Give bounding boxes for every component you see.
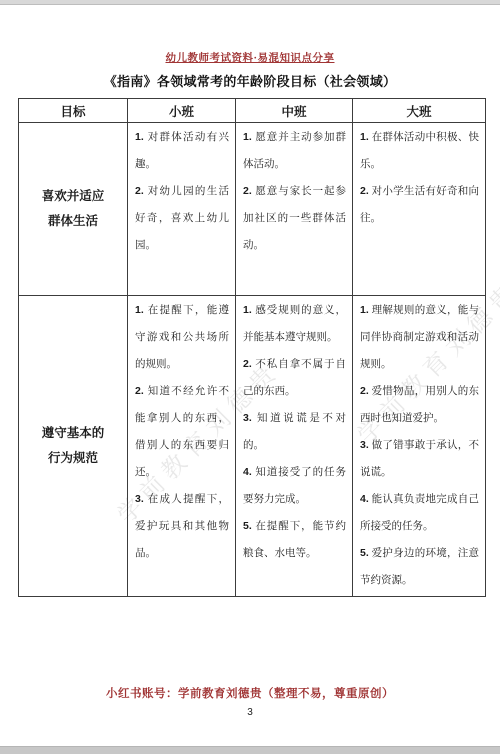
goal-cell: 遵守基本的行为规范 xyxy=(19,296,128,597)
page-number: 3 xyxy=(0,707,500,718)
table-header-row: 目标 小班 中班 大班 xyxy=(19,99,486,123)
objective-item: 1. 感受规则的意义，并能基本遵守规则。 xyxy=(243,297,346,351)
column-header-daban: 大班 xyxy=(353,99,486,123)
header-note: 幼儿教师考试资料·易混知识点分享 xyxy=(0,50,500,65)
cell-row2-daban: 1. 理解规则的意义，能与同伴协商制定游戏和活动规则。2. 爱惜物品，用别人的东… xyxy=(353,296,486,597)
objective-item: 5. 在提醒下，能节约粮食、水电等。 xyxy=(243,513,346,567)
goal-line: 群体生活 xyxy=(21,209,125,234)
objective-item: 2. 对小学生活有好奇和向往。 xyxy=(360,178,479,232)
goal-line: 喜欢并适应 xyxy=(21,184,125,209)
cell-row1-xiaoban: 1. 对群体活动有兴趣。2. 对幼儿园的生活好奇，喜欢上幼儿园。 xyxy=(128,123,236,296)
objective-item: 2. 对幼儿园的生活好奇，喜欢上幼儿园。 xyxy=(135,178,229,259)
cell-row1-daban: 1. 在群体活动中积极、快乐。2. 对小学生活有好奇和向往。 xyxy=(353,123,486,296)
objective-item: 4. 能认真负责地完成自己所接受的任务。 xyxy=(360,486,479,540)
objective-item: 2. 知道不经允许不能拿别人的东西，借别人的东西要归还。 xyxy=(135,378,229,486)
objective-item: 1. 在群体活动中积极、快乐。 xyxy=(360,124,479,178)
goal-cell: 喜欢并适应群体生活 xyxy=(19,123,128,296)
objective-item: 2. 不私自拿不属于自己的东西。 xyxy=(243,351,346,405)
cell-row2-xiaoban: 1. 在提醒下，能遵守游戏和公共场所的规则。2. 知道不经允许不能拿别人的东西，… xyxy=(128,296,236,597)
photo-edge-top xyxy=(0,0,500,5)
objective-item: 1. 对群体活动有兴趣。 xyxy=(135,124,229,178)
objective-item: 2. 爱惜物品，用别人的东西时也知道爱护。 xyxy=(360,378,479,432)
objective-item: 5. 爱护身边的环境，注意节约资源。 xyxy=(360,540,479,594)
objective-item: 1. 愿意并主动参加群体活动。 xyxy=(243,124,346,178)
page-title: 《指南》各领域常考的年龄阶段目标（社会领域） xyxy=(0,71,500,90)
column-header-zhongban: 中班 xyxy=(236,99,353,123)
footer-note: 小红书账号：学前教育刘德贵（整理不易，尊重原创） xyxy=(0,685,500,701)
goals-table: 目标 小班 中班 大班 喜欢并适应群体生活 1. 对群体活动有兴趣。2. 对幼儿… xyxy=(18,98,486,597)
photo-edge-bottom xyxy=(0,746,500,754)
column-header-goal: 目标 xyxy=(19,99,128,123)
cell-row2-zhongban: 1. 感受规则的意义，并能基本遵守规则。2. 不私自拿不属于自己的东西。3. 知… xyxy=(236,296,353,597)
objective-item: 3. 知道说谎是不对的。 xyxy=(243,405,346,459)
objective-item: 2. 愿意与家长一起参加社区的一些群体活动。 xyxy=(243,178,346,259)
column-header-xiaoban: 小班 xyxy=(128,99,236,123)
goal-line: 行为规范 xyxy=(21,446,125,471)
objective-item: 3. 做了错事敢于承认，不说谎。 xyxy=(360,432,479,486)
objective-item: 1. 在提醒下，能遵守游戏和公共场所的规则。 xyxy=(135,297,229,378)
objective-item: 3. 在成人提醒下，爱护玩具和其他物品。 xyxy=(135,486,229,567)
objective-item: 4. 知道接受了的任务要努力完成。 xyxy=(243,459,346,513)
table-row: 遵守基本的行为规范 1. 在提醒下，能遵守游戏和公共场所的规则。2. 知道不经允… xyxy=(19,296,486,597)
objective-item: 1. 理解规则的意义，能与同伴协商制定游戏和活动规则。 xyxy=(360,297,479,378)
cell-row1-zhongban: 1. 愿意并主动参加群体活动。2. 愿意与家长一起参加社区的一些群体活动。 xyxy=(236,123,353,296)
goal-line: 遵守基本的 xyxy=(21,421,125,446)
table-row: 喜欢并适应群体生活 1. 对群体活动有兴趣。2. 对幼儿园的生活好奇，喜欢上幼儿… xyxy=(19,123,486,296)
